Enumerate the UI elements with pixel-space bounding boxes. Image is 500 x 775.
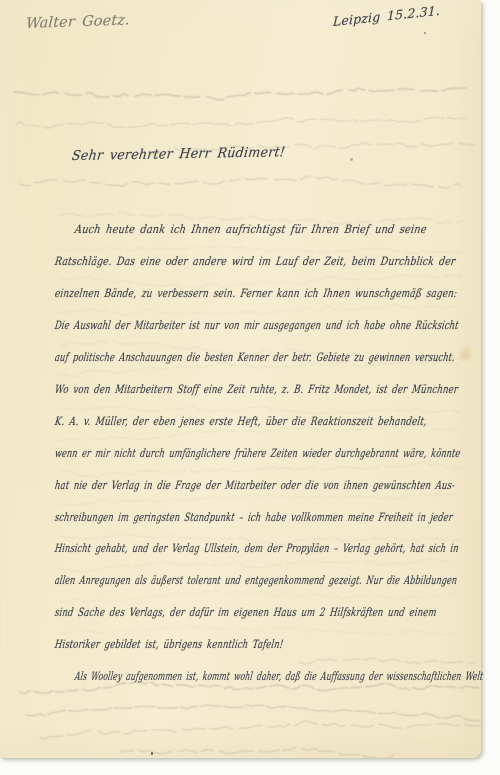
handwritten-line: Auch heute dank ich Ihnen aufrichtigst f… [74,222,428,237]
handwritten-line: allen Anregungen als äußerst tolerant un… [54,573,458,588]
handwritten-line: Historiker gebildet ist, übrigens kenntl… [54,637,284,652]
handwritten-line: auf politische Anschauungen die besten K… [54,350,456,365]
ink-speck [151,752,153,755]
handwritten-line: Hinsicht gehabt, und der Verlag Ullstein… [54,541,460,556]
handwritten-line: schreibungen im geringsten Standpunkt – … [54,510,454,525]
author-annotation: Walter Goetz. [25,12,130,32]
dateline: Leipzig 15.2.31. [333,3,441,29]
handwritten-line: Als Woolley aufgenommen ist, kommt wohl … [74,669,484,684]
handwritten-line: Wo von den Mitarbeitern Stoff eine Zeit … [54,382,459,397]
ink-speck [424,32,426,34]
handwritten-line: einzelnen Bände, zu verbessern sein. Fer… [54,286,458,301]
handwritten-line: K. A. v. Müller, der eben jenes erste He… [54,414,428,429]
handwritten-line: Die Auswahl der Mitarbeiter ist nur von … [54,318,460,333]
handwritten-line: sind Sache des Verlags, der dafür im eig… [54,605,438,620]
salutation-line: Sehr verehrter Herr Rüdimert! [71,144,286,164]
paper-stain [458,344,473,364]
handwritten-line: wenn er mir nicht durch umfänglichere fr… [54,446,461,461]
paper-sheet: Walter Goetz. Leipzig 15.2.31. Sehr vere… [0,0,481,758]
pencil-mark [350,158,353,161]
handwritten-line: hat nie der Verlag in die Frage der Mita… [54,478,456,493]
handwritten-line: Ratschläge. Das eine oder andere wird im… [54,254,457,269]
